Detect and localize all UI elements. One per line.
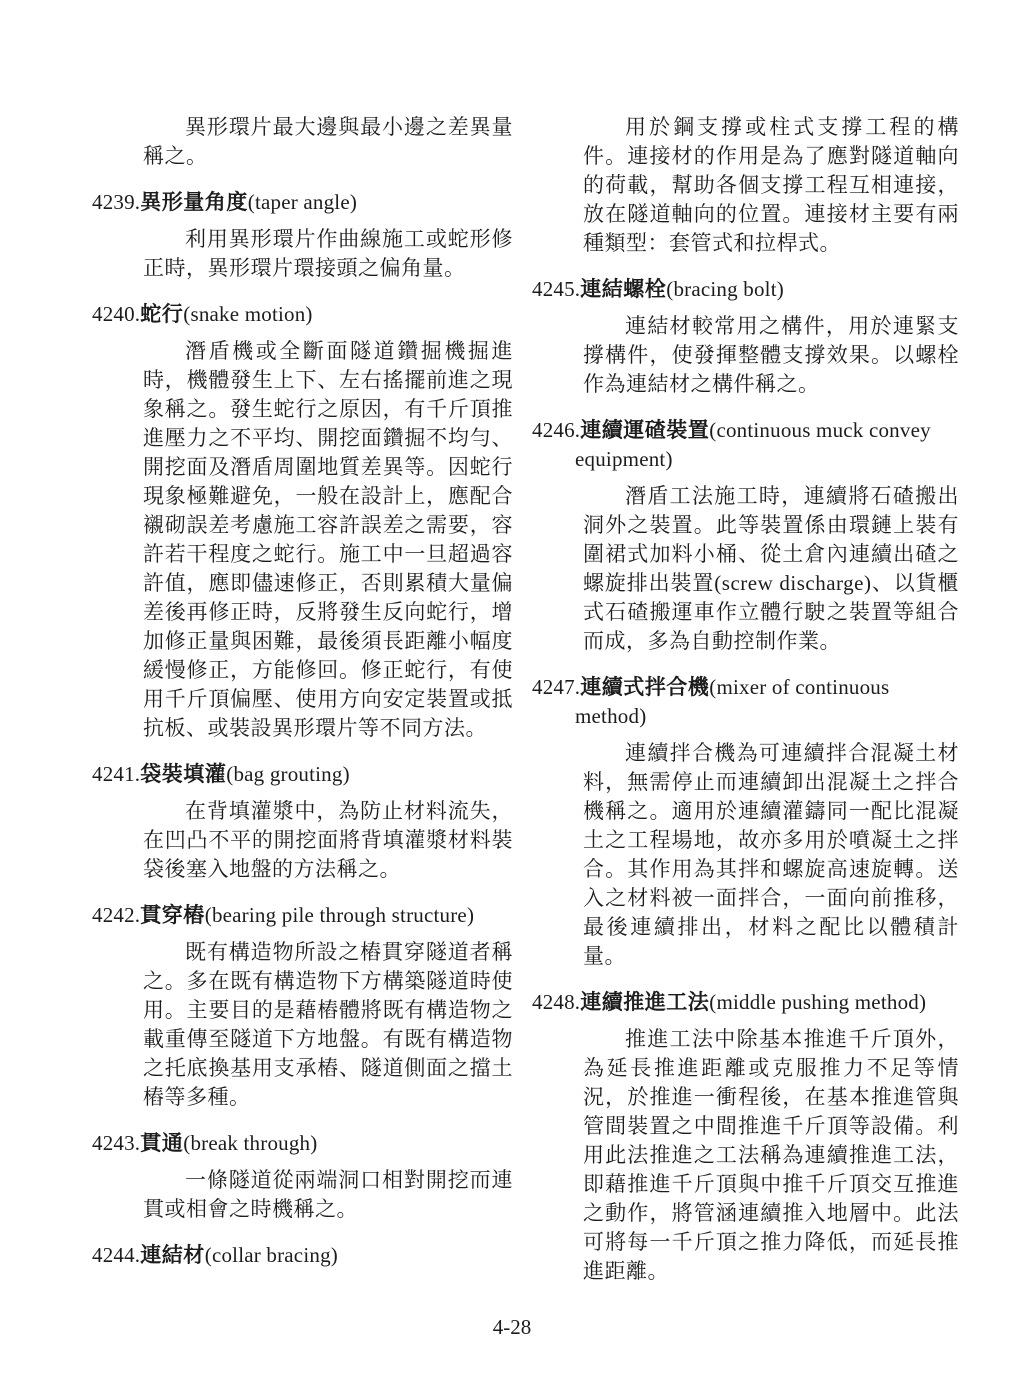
- entry-number: 4244.: [92, 1243, 140, 1267]
- entry-heading: 4243.貫通(break through): [92, 1129, 513, 1158]
- entry-term: 貫通: [140, 1131, 183, 1155]
- left-column: 異形環片最大邊與最小邊之差異量稱之。 4239.異形量角度(taper angl…: [92, 113, 513, 1270]
- entry-heading: 4246.連續運碴裝置(continuous muck convey equip…: [532, 416, 959, 474]
- entry-definition: 潛盾機或全斷面隧道鑽掘機掘進時，機體發生上下、左右搖擺前進之現象稱之。發生蛇行之…: [143, 337, 513, 743]
- entry-number: 4243.: [92, 1131, 140, 1155]
- entry-number: 4242.: [92, 903, 140, 927]
- entry-term: 貫穿樁: [140, 903, 205, 927]
- right-column: 用於鋼支撐或柱式支撐工程的構件。連接材的作用是為了應對隧道軸向的荷載，幫助各個支…: [532, 113, 959, 1286]
- entry-term: 連續推進工法: [580, 990, 709, 1014]
- entry-heading: 4242.貫穿樁(bearing pile through structure): [92, 901, 513, 930]
- entry-english: (bracing bolt): [666, 277, 784, 301]
- entry-english: (bearing pile through structure): [205, 903, 474, 927]
- entry-term: 連續運碴裝置: [580, 418, 709, 442]
- entry-term: 連續式拌合機: [580, 675, 709, 699]
- entry-definition: 一條隧道從兩端洞口相對開挖而連貫或相會之時機稱之。: [143, 1166, 513, 1224]
- entry-term: 連結螺栓: [580, 277, 666, 301]
- entry-definition: 利用異形環片作曲線施工或蛇形修正時，異形環片環接頭之偏角量。: [143, 225, 513, 283]
- entry-english: (bag grouting): [226, 762, 350, 786]
- entry-definition: 在背填灌漿中，為防止材料流失，在凹凸不平的開挖面將背填灌漿材料裝袋後塞入地盤的方…: [143, 797, 513, 884]
- glossary-entry: 4243.貫通(break through) 一條隧道從兩端洞口相對開挖而連貫或…: [92, 1129, 513, 1224]
- glossary-entry: 4242.貫穿樁(bearing pile through structure)…: [92, 901, 513, 1112]
- entry-number: 4240.: [92, 302, 140, 326]
- entry-number: 4247.: [532, 675, 580, 699]
- entry-heading: 4245.連結螺栓(bracing bolt): [532, 275, 959, 304]
- continuation-paragraph: 用於鋼支撐或柱式支撐工程的構件。連接材的作用是為了應對隧道軸向的荷載，幫助各個支…: [583, 113, 959, 258]
- entry-heading: 4248.連續推進工法(middle pushing method): [532, 988, 959, 1017]
- entry-definition: 既有構造物所設之樁貫穿隧道者稱之。多在既有構造物下方構築隧道時使用。主要目的是藉…: [143, 938, 513, 1112]
- entry-number: 4246.: [532, 418, 580, 442]
- entry-heading: 4244.連結材(collar bracing): [92, 1241, 513, 1270]
- entry-definition: 潛盾工法施工時，連續將石碴搬出洞外之裝置。此等裝置係由環鏈上裝有圍裙式加料小桶、…: [583, 482, 959, 656]
- page-number-footer: 4-28: [0, 1313, 1024, 1342]
- entry-english: (middle pushing method): [709, 990, 926, 1014]
- glossary-entry: 4240.蛇行(snake motion) 潛盾機或全斷面隧道鑽掘機掘進時，機體…: [92, 300, 513, 743]
- entry-heading: 4239.異形量角度(taper angle): [92, 188, 513, 217]
- glossary-entry: 4239.異形量角度(taper angle) 利用異形環片作曲線施工或蛇形修正…: [92, 188, 513, 283]
- entry-number: 4239.: [92, 190, 140, 214]
- entry-heading: 4247.連續式拌合機(mixer of continuous method): [532, 673, 959, 731]
- entry-definition: 連結材較常用之構件，用於連緊支撐構件，使發揮整體支撐效果。以螺栓作為連結材之構件…: [583, 312, 959, 399]
- glossary-entry: 4246.連續運碴裝置(continuous muck convey equip…: [532, 416, 959, 656]
- glossary-entry: 4245.連結螺栓(bracing bolt) 連結材較常用之構件，用於連緊支撐…: [532, 275, 959, 399]
- glossary-entry: 4244.連結材(collar bracing): [92, 1241, 513, 1270]
- entry-english: (break through): [183, 1131, 317, 1155]
- entry-number: 4245.: [532, 277, 580, 301]
- entry-term: 袋裝填灌: [140, 762, 226, 786]
- entry-english: (collar bracing): [205, 1243, 338, 1267]
- entry-term: 異形量角度: [140, 190, 248, 214]
- glossary-page: 異形環片最大邊與最小邊之差異量稱之。 4239.異形量角度(taper angl…: [0, 0, 1024, 1400]
- entry-definition: 推進工法中除基本推進千斤頂外，為延長推進距離或克服推力不足等情況，於推進一衝程後…: [583, 1025, 959, 1286]
- continuation-paragraph: 異形環片最大邊與最小邊之差異量稱之。: [143, 113, 513, 171]
- entry-definition: 連續拌合機為可連續拌合混凝土材料，無需停止而連續卸出混凝土之拌合機稱之。適用於連…: [583, 739, 959, 971]
- entry-heading: 4240.蛇行(snake motion): [92, 300, 513, 329]
- entry-number: 4248.: [532, 990, 580, 1014]
- entry-english: (snake motion): [183, 302, 312, 326]
- entry-heading: 4241.袋裝填灌(bag grouting): [92, 760, 513, 789]
- entry-term: 連結材: [140, 1243, 205, 1267]
- glossary-entry: 4241.袋裝填灌(bag grouting) 在背填灌漿中，為防止材料流失，在…: [92, 760, 513, 884]
- entry-term: 蛇行: [140, 302, 183, 326]
- glossary-entry: 4247.連續式拌合機(mixer of continuous method) …: [532, 673, 959, 971]
- entry-number: 4241.: [92, 762, 140, 786]
- glossary-entry: 4248.連續推進工法(middle pushing method) 推進工法中…: [532, 988, 959, 1286]
- entry-english: (taper angle): [248, 190, 357, 214]
